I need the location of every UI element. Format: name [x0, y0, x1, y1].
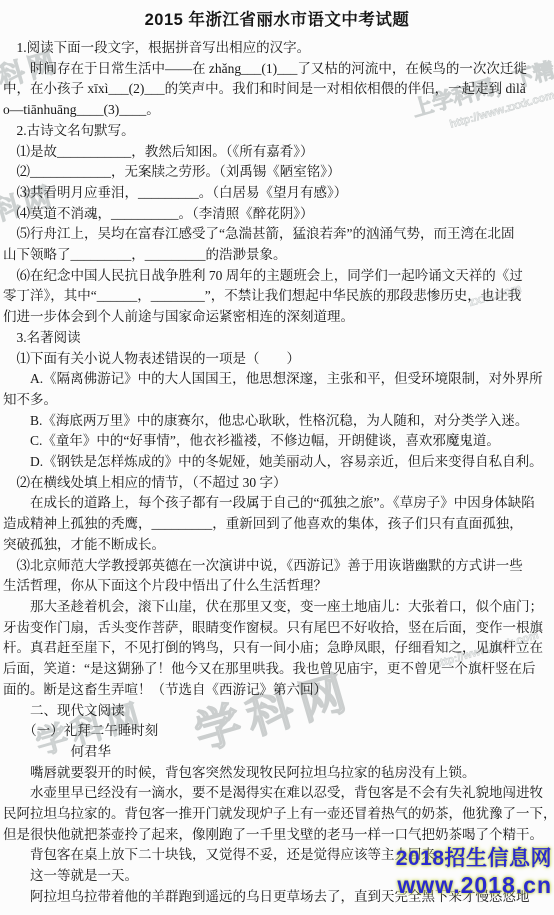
doc-line: ⑴是故___________，教然后知困。（《所有嘉肴》） [0, 142, 554, 163]
doc-line: B.《海底两万里》中的康赛尔，他忠心耿耿，性格沉稳，为人随和，对分类学入迷。 [0, 411, 554, 432]
doc-line: 这一等就是一天。 [0, 866, 554, 887]
doc-line: ⑵____________，无案牍之劳形。（刘禹锡《陋室铭》） [0, 162, 554, 183]
doc-line: 那大圣趁着机会，滚下山崖，伏在那里又变，变一座土地庙儿：大张着口，似个庙门； [0, 597, 554, 618]
doc-line: 3.名著阅读 [0, 328, 554, 349]
doc-line: 二、现代文阅读 [0, 701, 554, 722]
doc-line: 突破孤独，才能不断成长。 [0, 535, 554, 556]
doc-line: 但是很快他就把茶壶拎了起来，像刚跑了一千里戈壁的老马一样一口气把奶茶喝了个精干。 [0, 825, 554, 846]
doc-line: 知不多。 [0, 390, 554, 411]
doc-line: 何君华 [0, 742, 554, 763]
doc-line: 阿拉坦乌拉带着他的羊群跑到遥远的乌日更草场去了，直到天完全黑下来才慢悠悠地 [0, 887, 554, 908]
doc-line: ⑵在横线处填上相应的情节，（不超过 30 字） [0, 473, 554, 494]
doc-line: 背包客在桌上放下二十块钱，又觉得不妥，还是觉得应该等主人回来。 [0, 845, 554, 866]
doc-line: ⑴下面有关小说人物表述错误的一项是（ ） [0, 349, 554, 370]
doc-line: 杆。真君赶至崖下，不见打倒的鸨鸟，只有一间小庙；急睁凤眼，仔细看知之，见旗杆立在 [0, 638, 554, 659]
doc-line: ⑶共看明月应垂泪，_________。（白居易《望月有感》） [0, 183, 554, 204]
doc-line: 面的。断是这畜生弄喧！（节选自《西游记》第六回） [0, 680, 554, 701]
doc-line: 1.阅读下面一段文字，根据拼音写出相应的汉字。 [0, 38, 554, 59]
doc-body: 1.阅读下面一段文字，根据拼音写出相应的汉字。 时间存在于日常生活中——在 zh… [0, 38, 554, 908]
doc-line: 造成精神上孤独的秃鹰，_________，重新回到了他喜欢的集体，孩子们只有直面… [0, 514, 554, 535]
doc-line: D.《钢铁是怎样炼成的》中的冬妮娅，她美丽动人，容易亲近，但后来变得自私自利。 [0, 452, 554, 473]
doc-line: 山下领略了_________，_________的浩渺景象。 [0, 245, 554, 266]
doc-line: 水壶里早已经没有一滴水，要不是渴得实在难以忍受，背包客是不会有失礼貌地闯进牧 [0, 783, 554, 804]
doc-line: 们进一步体会到个人前途与国家命运紧密相连的深刻道理。 [0, 307, 554, 328]
doc-line: 生活哲理，你从下面这个片段中悟出了什么生活哲理？ [0, 576, 554, 597]
doc-line: 嘴唇就要裂开的时候，背包客突然发现牧民阿拉坦乌拉家的毡房没有上锁。 [0, 763, 554, 784]
doc-line: 时间存在于日常生活中——在 zhǎng___(1)___了又枯的河流中，在候鸟的… [0, 59, 554, 80]
doc-title: 2015 年浙江省丽水市语文中考试题 [0, 0, 554, 33]
doc-line: ⑸行舟江上，吴均在富春江感受了“急湍甚箭，猛浪若奔”的汹涌气势，而王湾在北固 [0, 224, 554, 245]
exam-page: 上学科网，下精品资源！ http://www.zxxk.com 学科网 学科网 … [0, 0, 554, 915]
doc-line: 2.古诗文名句默写。 [0, 121, 554, 142]
doc-line: C.《童年》中的“好事情”，他衣衫褴褛，不修边幅，开朗健谈，喜欢邪魔鬼道。 [0, 431, 554, 452]
doc-line: 后面，笑道：“是这猢狲了！他今又在那里哄我。我也曾见庙宇，更不曾见一个旗杆竖在后 [0, 659, 554, 680]
doc-line: 零丁洋》，其中“______，________”，不禁让我们想起中华民族的那段悲… [0, 286, 554, 307]
doc-line: 在成长的道路上，每个孩子都有一段属于自己的“孤独之旅”。《草房子》中因身体缺陷 [0, 493, 554, 514]
doc-line: （一）礼拜二午睡时刻 [0, 721, 554, 742]
doc-line: ⑹在纪念中国人民抗日战争胜利 70 周年的主题班会上，同学们一起吟诵文天祥的《过 [0, 266, 554, 287]
doc-line: 中，在小孩子 xīxì___(2)___的笑声中。我们和时间是一对相依相偎的伴侣… [0, 79, 554, 100]
doc-line: 民阿拉坦乌拉家的。背包客一推开门就发现炉子上有一壶还冒着热气的奶茶，他犹豫了一下… [0, 804, 554, 825]
doc-line: o—tiānhuāng____(3)____。 [0, 100, 554, 121]
doc-line: ⑷莫道不消魂，__________。（李清照《醉花阴》） [0, 204, 554, 225]
doc-line: 牙齿变作门扇，舌头变作菩萨，眼睛变作窗棂。只有尾巴不好收拾，竖在后面，变作一根旗 [0, 618, 554, 639]
doc-line: ⑶北京师范大学教授郭英德在一次演讲中说，《西游记》善于用诙谐幽默的方式讲一些 [0, 556, 554, 577]
doc-line: A.《隔离佛游记》中的大人国国王，他思想深邃，主张和平，但受环境限制，对外界所 [0, 369, 554, 390]
